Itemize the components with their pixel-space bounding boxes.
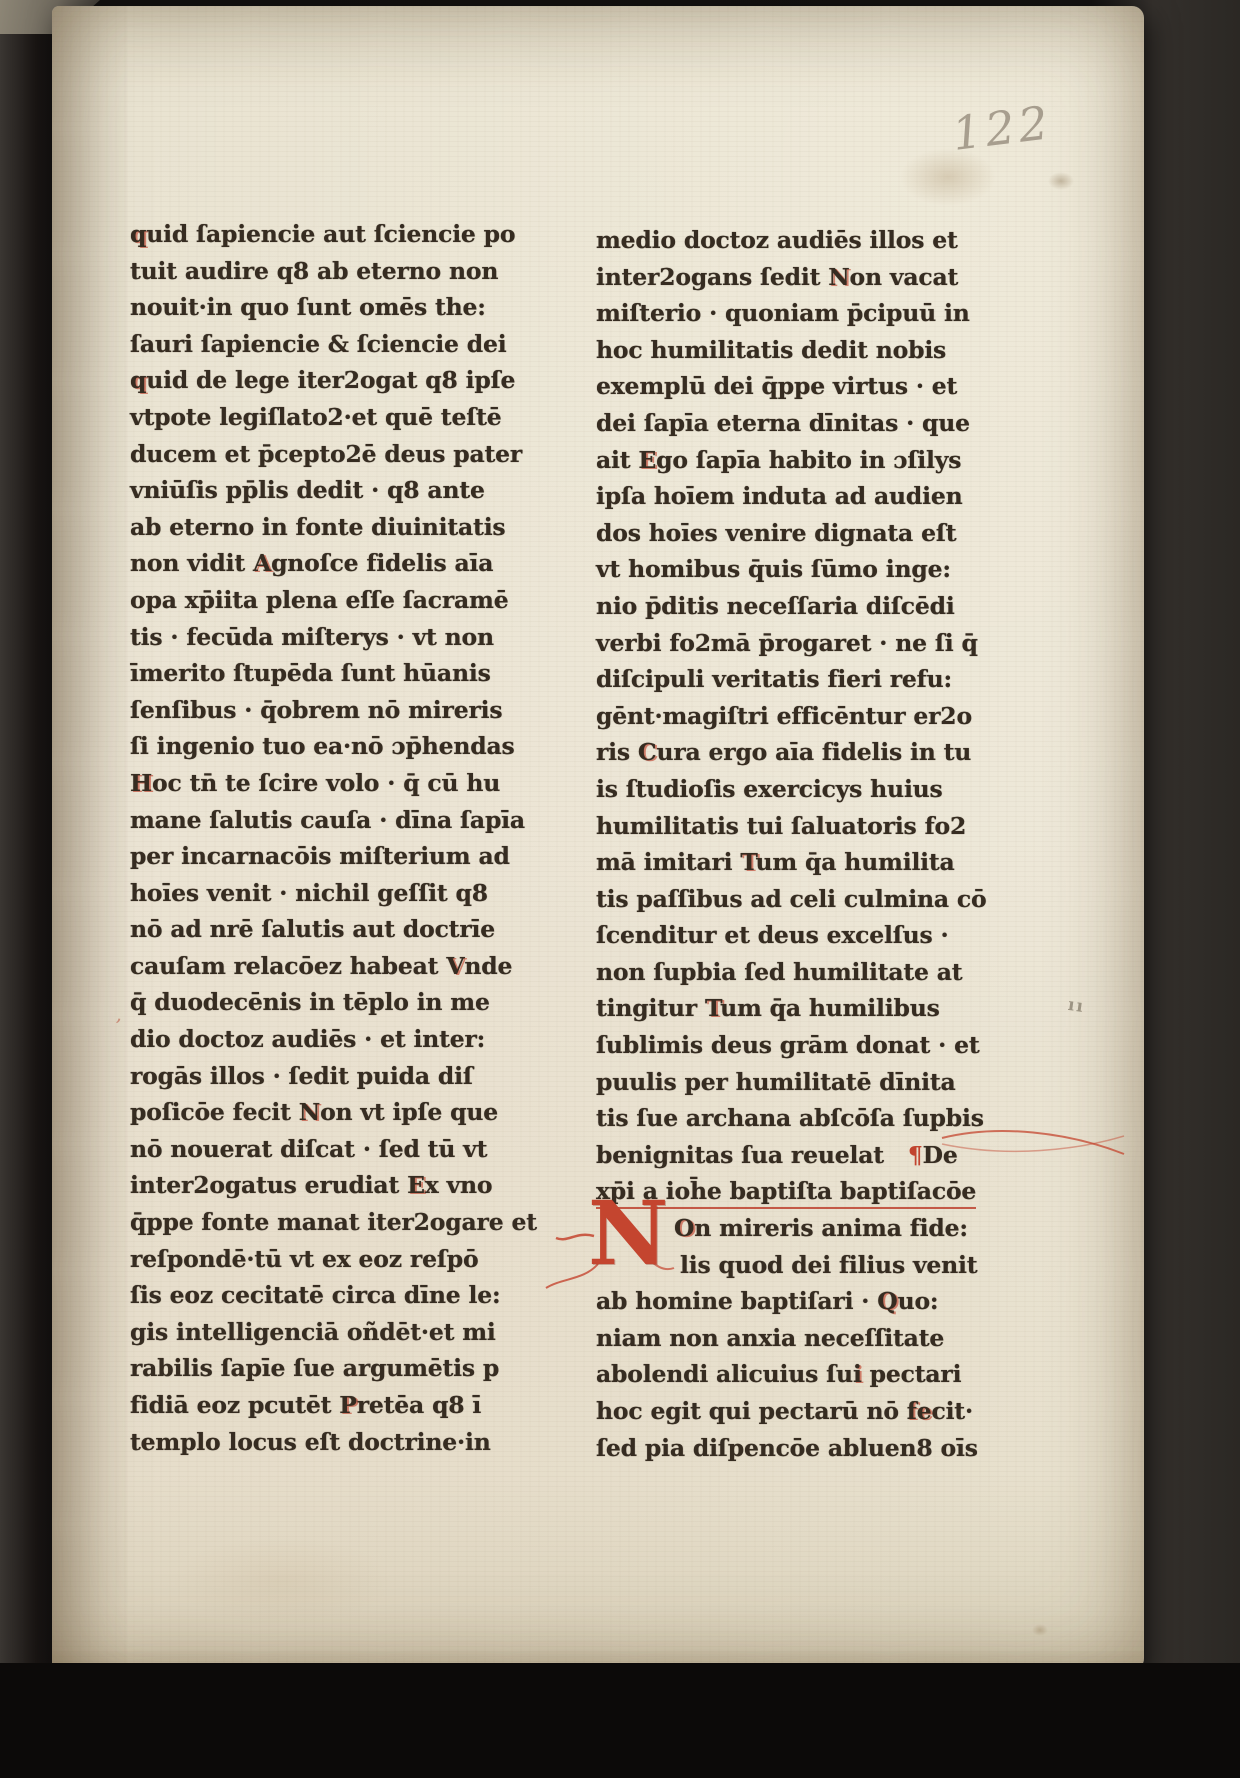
text-line: is ſtudioſis exercicys huius xyxy=(596,771,962,808)
rubric-touched-letter: i xyxy=(853,1360,862,1388)
text-segment: hoīes venit · nichil geſſit q8 xyxy=(130,879,488,907)
text-segment: uo: xyxy=(898,1287,939,1315)
text-line: nio p̄ditis neceſſaria diſcēdi xyxy=(596,588,962,625)
text-segment: ſauri ſapiencie & ſciencie dei xyxy=(130,330,506,358)
rubric-touched-letter: E xyxy=(638,446,656,474)
text-line: tis ſue archana abſcōſa ſupbis xyxy=(596,1100,962,1137)
text-line: cauſam relacōez habeat Vnde xyxy=(130,948,492,985)
text-segment: go ſapīa habito in ɔſilys xyxy=(656,446,961,474)
text-segment: dos hoīes venire dignata eſt xyxy=(596,519,956,547)
lombard-initial-N: N xyxy=(588,1198,666,1274)
text-line: ſublimis deus grām donat · et xyxy=(596,1027,962,1064)
rubric-touched-letter: q xyxy=(130,366,146,394)
text-segment: non ſupbia ſed humilitate at xyxy=(596,958,962,986)
text-line: ait Ego ſapīa habito in ɔſilys xyxy=(596,442,962,479)
text-segment: hoc egit qui pectarū nō xyxy=(596,1397,907,1425)
text-line: miſterio · quoniam p̄cipuū in xyxy=(596,295,962,332)
text-line: inter2ogans ſedit Non vacat xyxy=(596,259,962,296)
text-line: mane ſalutis cauſa · dīna ſapīa xyxy=(130,802,492,839)
text-segment: hoc humilitatis dedit nobis xyxy=(596,336,946,364)
stain xyxy=(1048,172,1074,190)
rubric-touched-letter: T xyxy=(705,994,720,1022)
text-line: verbi fo2mā p̄rogaret · ne ſi q̄ xyxy=(596,625,962,662)
text-segment: ura ergo aīa fidelis in tu xyxy=(656,738,971,766)
text-line: ipſa hoīem induta ad audien xyxy=(596,478,962,515)
text-line: tis paſſibus ad celi culmina cō xyxy=(596,881,962,918)
text-line: templo locus eſt doctrine·in xyxy=(130,1424,492,1461)
page-edges-bottom xyxy=(68,1672,1118,1708)
text-segment: um q̄a humilita xyxy=(756,848,955,876)
rubric-touched-letter: A xyxy=(253,549,271,577)
pilcrow-swash xyxy=(938,1122,1128,1166)
text-line: dos hoīes venire dignata eſt xyxy=(596,515,962,552)
text-segment: n mireris anima fide: xyxy=(694,1214,968,1242)
text-segment: tis · fecūda miſterys · vt non xyxy=(130,623,494,651)
text-line: ſed pia diſpencōe abluen8 oīs xyxy=(596,1430,962,1467)
text-segment: tis paſſibus ad celi culmina cō xyxy=(596,885,986,913)
text-line: rabilis ſapīe ſue argumētis p xyxy=(130,1350,492,1387)
text-segment: inter2ogans ſedit xyxy=(596,263,828,291)
text-line: q̄ppe fonte manat iter2ogare et xyxy=(130,1204,492,1241)
text-segment: benignitas ſua reuelat xyxy=(596,1141,908,1169)
text-line: Hoc tn̄ te ſcire volo · q̄ cū hu xyxy=(130,765,492,802)
text-line: tingitur Tum q̄a humilibus xyxy=(596,990,962,1027)
text-segment: um q̄a humilibus xyxy=(720,994,940,1022)
rubric-touched-letter: q xyxy=(130,220,146,248)
text-segment: ſed pia diſpencōe abluen8 oīs xyxy=(596,1434,978,1462)
text-line: ſi ingenio tuo ea·nō ɔp̄hendas xyxy=(130,728,492,765)
text-segment: dio doctoz audiēs · et inter: xyxy=(130,1025,485,1053)
rubric-touched-letter: fe xyxy=(907,1397,932,1425)
text-line: inter2ogatus erudiat Ex vno xyxy=(130,1167,492,1204)
text-segment: reſpondē·tū vt ex eoz reſpō xyxy=(130,1245,478,1273)
text-segment: uid de lege iter2ogat q8 ipſe xyxy=(146,366,515,394)
text-line: īmerito ſtupēda ſunt hūanis xyxy=(130,655,492,692)
text-segment: inter2ogatus erudiat xyxy=(130,1171,407,1199)
text-segment: exemplū dei q̄ppe virtus · et xyxy=(596,372,957,400)
text-segment: mā imitari xyxy=(596,848,740,876)
text-segment: nde xyxy=(464,952,512,980)
text-line: puulis per humilitatē dīnita xyxy=(596,1064,962,1101)
text-segment: oc tn̄ te ſcire volo · q̄ cū hu xyxy=(152,769,500,797)
text-segment: medio doctoz audiēs illos et xyxy=(596,226,958,254)
text-segment: gis intelligenciā oñdēt·et mi xyxy=(130,1318,496,1346)
text-line: gis intelligenciā oñdēt·et mi xyxy=(130,1314,492,1351)
text-line: dei ſapīa eterna dīnitas · que xyxy=(596,405,962,442)
text-segment: fidiā eoz pcutēt xyxy=(130,1391,339,1419)
text-line: tis · fecūda miſterys · vt non xyxy=(130,619,492,656)
text-segment: ſis eoz cecitatē circa dīne le: xyxy=(130,1281,500,1309)
text-segment: q̄ duodecēnis in tēplo in me xyxy=(130,988,490,1016)
text-line: vniūſis pp̄lis dedit · q8 ante xyxy=(130,472,492,509)
text-line: humilitatis tui ſaluatoris fo2 xyxy=(596,808,962,845)
stain xyxy=(1032,1624,1048,1636)
text-segment: nō nouerat diſcat · ſed tū vt xyxy=(130,1135,487,1163)
rubric-touched-letter: N xyxy=(299,1098,320,1126)
red-pilcrow: ¶ xyxy=(908,1141,923,1169)
text-line: gēnt·magiſtri efficēntur er2o xyxy=(596,698,962,735)
text-segment: tis ſue archana abſcōſa ſupbis xyxy=(596,1104,984,1132)
text-segment: vt homibus q̄uis ſūmo inge: xyxy=(596,555,951,583)
text-segment: tingitur xyxy=(596,994,705,1022)
text-line: ſis eoz cecitatē circa dīne le: xyxy=(130,1277,492,1314)
rubric-touched-letter: H xyxy=(130,769,152,797)
text-line: benignitas ſua reuelat ¶De xyxy=(596,1137,962,1174)
text-segment: dei ſapīa eterna dīnitas · que xyxy=(596,409,970,437)
page-edges-bottom xyxy=(94,1705,1070,1723)
text-segment: ris xyxy=(596,738,638,766)
text-segment: q̄ppe fonte manat iter2ogare et xyxy=(130,1208,537,1236)
text-segment: tuit audire q8 ab eterno non xyxy=(130,257,498,285)
text-line: per incarnacōis miſterium ad xyxy=(130,838,492,875)
text-segment: retēa q8 ī xyxy=(357,1391,481,1419)
text-line: nō nouerat diſcat · ſed tū vt xyxy=(130,1131,492,1168)
text-segment: verbi fo2mā p̄rogaret · ne ſi q̄ xyxy=(596,629,978,657)
text-segment: ducem et p̄cepto2ē deus pater xyxy=(130,440,522,468)
text-segment: per incarnacōis miſterium ad xyxy=(130,842,510,870)
text-line: q̄ duodecēnis in tēplo in me xyxy=(130,984,492,1021)
text-segment: diſcipuli veritatis fieri refu: xyxy=(596,665,952,693)
text-segment: rogās illos · ſedit puida diſ xyxy=(130,1062,473,1090)
text-line: nō ad nrē ſalutis aut doctrīe xyxy=(130,911,492,948)
text-segment: ait xyxy=(596,446,638,474)
text-line: ſenſibus · q̄obrem nō mireris xyxy=(130,692,492,729)
text-line: ſauri ſapiencie & ſciencie dei xyxy=(130,326,492,363)
text-segment: abolendi alicuius ſu xyxy=(596,1360,853,1388)
text-line: fidiā eoz pcutēt Pretēa q8 ī xyxy=(130,1387,492,1424)
rubric-touched-letter: N xyxy=(828,263,849,291)
text-segment: cauſam relacōez habeat xyxy=(130,952,446,980)
text-line: opa xp̄iita plena eſſe ſacramē xyxy=(130,582,492,619)
rubric-touched-letter: O xyxy=(674,1214,694,1242)
text-line: reſpondē·tū vt ex eoz reſpō xyxy=(130,1241,492,1278)
text-segment: ſublimis deus grām donat · et xyxy=(596,1031,979,1059)
text-line: ab eterno in fonte diuinitatis xyxy=(130,509,492,546)
rubric-touched-letter: C xyxy=(638,738,657,766)
text-column-left: quid ſapiencie aut ſciencie potuit audir… xyxy=(130,216,492,1460)
text-segment: puulis per humilitatē dīnita xyxy=(596,1068,956,1096)
text-segment: vtpote legiſlato2·et quē teſtē xyxy=(130,403,502,431)
text-line: ſcenditur et deus excelſus · xyxy=(596,917,962,954)
text-line: hoc humilitatis dedit nobis xyxy=(596,332,962,369)
text-segment: rabilis ſapīe ſue argumētis p xyxy=(130,1354,499,1382)
text-line: exemplū dei q̄ppe virtus · et xyxy=(596,368,962,405)
text-segment: cit· xyxy=(931,1397,972,1425)
text-segment: lis quod dei filius venit xyxy=(680,1251,977,1279)
text-segment: miſterio · quoniam p̄cipuū in xyxy=(596,299,970,327)
text-segment: gēnt·magiſtri efficēntur er2o xyxy=(596,702,972,730)
text-segment: īmerito ſtupēda ſunt hūanis xyxy=(130,659,491,687)
text-segment: nō ad nrē ſalutis aut doctrīe xyxy=(130,915,495,943)
text-line: ris Cura ergo aīa fidelis in tu xyxy=(596,734,962,771)
scanned-book-photo: 122 ıı ’ quid ſapiencie aut ſciencie pot… xyxy=(0,0,1240,1778)
text-segment: ipſa hoīem induta ad audien xyxy=(596,482,963,510)
rubric-touched-letter: Q xyxy=(877,1287,897,1315)
rubric-touched-letter: E xyxy=(407,1171,425,1199)
right-margin-mark: ıı xyxy=(1067,995,1087,1017)
text-line: vt homibus q̄uis ſūmo inge: xyxy=(596,551,962,588)
text-line: vtpote legiſlato2·et quē teſtē xyxy=(130,399,492,436)
text-line: dio doctoz audiēs · et inter: xyxy=(130,1021,492,1058)
rubric-touched-letter: V xyxy=(446,952,464,980)
text-line: quid de lege iter2ogat q8 ipſe xyxy=(130,362,492,399)
text-line: ducem et p̄cepto2ē deus pater xyxy=(130,436,492,473)
text-line: non vidit Agnoſce fidelis aīa xyxy=(130,545,492,582)
text-segment: x vno xyxy=(425,1171,493,1199)
stain xyxy=(172,1536,392,1626)
text-line: non ſupbia ſed humilitate at xyxy=(596,954,962,991)
text-segment: ſi ingenio tuo ea·nō ɔp̄hendas xyxy=(130,732,515,760)
text-segment: uid ſapiencie aut ſciencie po xyxy=(146,220,515,248)
text-line: diſcipuli veritatis fieri refu: xyxy=(596,661,962,698)
text-segment: on vacat xyxy=(850,263,959,291)
text-segment: nio p̄ditis neceſſaria diſcēdi xyxy=(596,592,955,620)
text-line: mā imitari Tum q̄a humilita xyxy=(596,844,962,881)
text-segment: gnoſce fidelis aīa xyxy=(271,549,493,577)
rubric-touched-letter: T xyxy=(740,848,755,876)
text-line: tuit audire q8 ab eterno non xyxy=(130,253,492,290)
text-line: poſicōe fecit Non vt ipſe que xyxy=(130,1094,492,1131)
text-segment: ab homine baptiſari · xyxy=(596,1287,877,1315)
page-edges-bottom xyxy=(128,1720,1014,1729)
text-segment: ſcenditur et deus excelſus · xyxy=(596,921,949,949)
text-segment: opa xp̄iita plena eſſe ſacramē xyxy=(130,586,508,614)
text-line: niam non anxia neceſſitate xyxy=(596,1320,962,1357)
text-line: medio doctoz audiēs illos et xyxy=(596,222,962,259)
text-segment: templo locus eſt doctrine·in xyxy=(130,1428,491,1456)
text-segment: poſicōe fecit xyxy=(130,1098,299,1126)
text-line: abolendi alicuius ſui pectari xyxy=(596,1356,962,1393)
text-line: hoc egit qui pectarū nō fecit· xyxy=(596,1393,962,1430)
text-segment: ſenſibus · q̄obrem nō mireris xyxy=(130,696,502,724)
text-segment: non vidit xyxy=(130,549,253,577)
text-line: ab homine baptiſari · Quo: xyxy=(596,1283,962,1320)
text-segment: humilitatis tui ſaluatoris fo2 xyxy=(596,812,966,840)
text-segment: pectari xyxy=(862,1360,962,1388)
text-line: nouit·in quo ſunt omēs the: xyxy=(130,289,492,326)
text-segment: is ſtudioſis exercicys huius xyxy=(596,775,943,803)
text-segment: niam non anxia neceſſitate xyxy=(596,1324,944,1352)
text-segment: ab eterno in fonte diuinitatis xyxy=(130,513,505,541)
text-line: rogās illos · ſedit puida diſ xyxy=(130,1058,492,1095)
text-line: quid ſapiencie aut ſciencie po xyxy=(130,216,492,253)
text-segment: on vt ipſe que xyxy=(320,1098,498,1126)
rubric-touched-letter: P xyxy=(339,1391,356,1419)
text-segment: vniūſis pp̄lis dedit · q8 ante xyxy=(130,476,485,504)
text-segment: nouit·in quo ſunt omēs the: xyxy=(130,293,486,321)
text-line: hoīes venit · nichil geſſit q8 xyxy=(130,875,492,912)
text-segment: mane ſalutis cauſa · dīna ſapīa xyxy=(130,806,525,834)
